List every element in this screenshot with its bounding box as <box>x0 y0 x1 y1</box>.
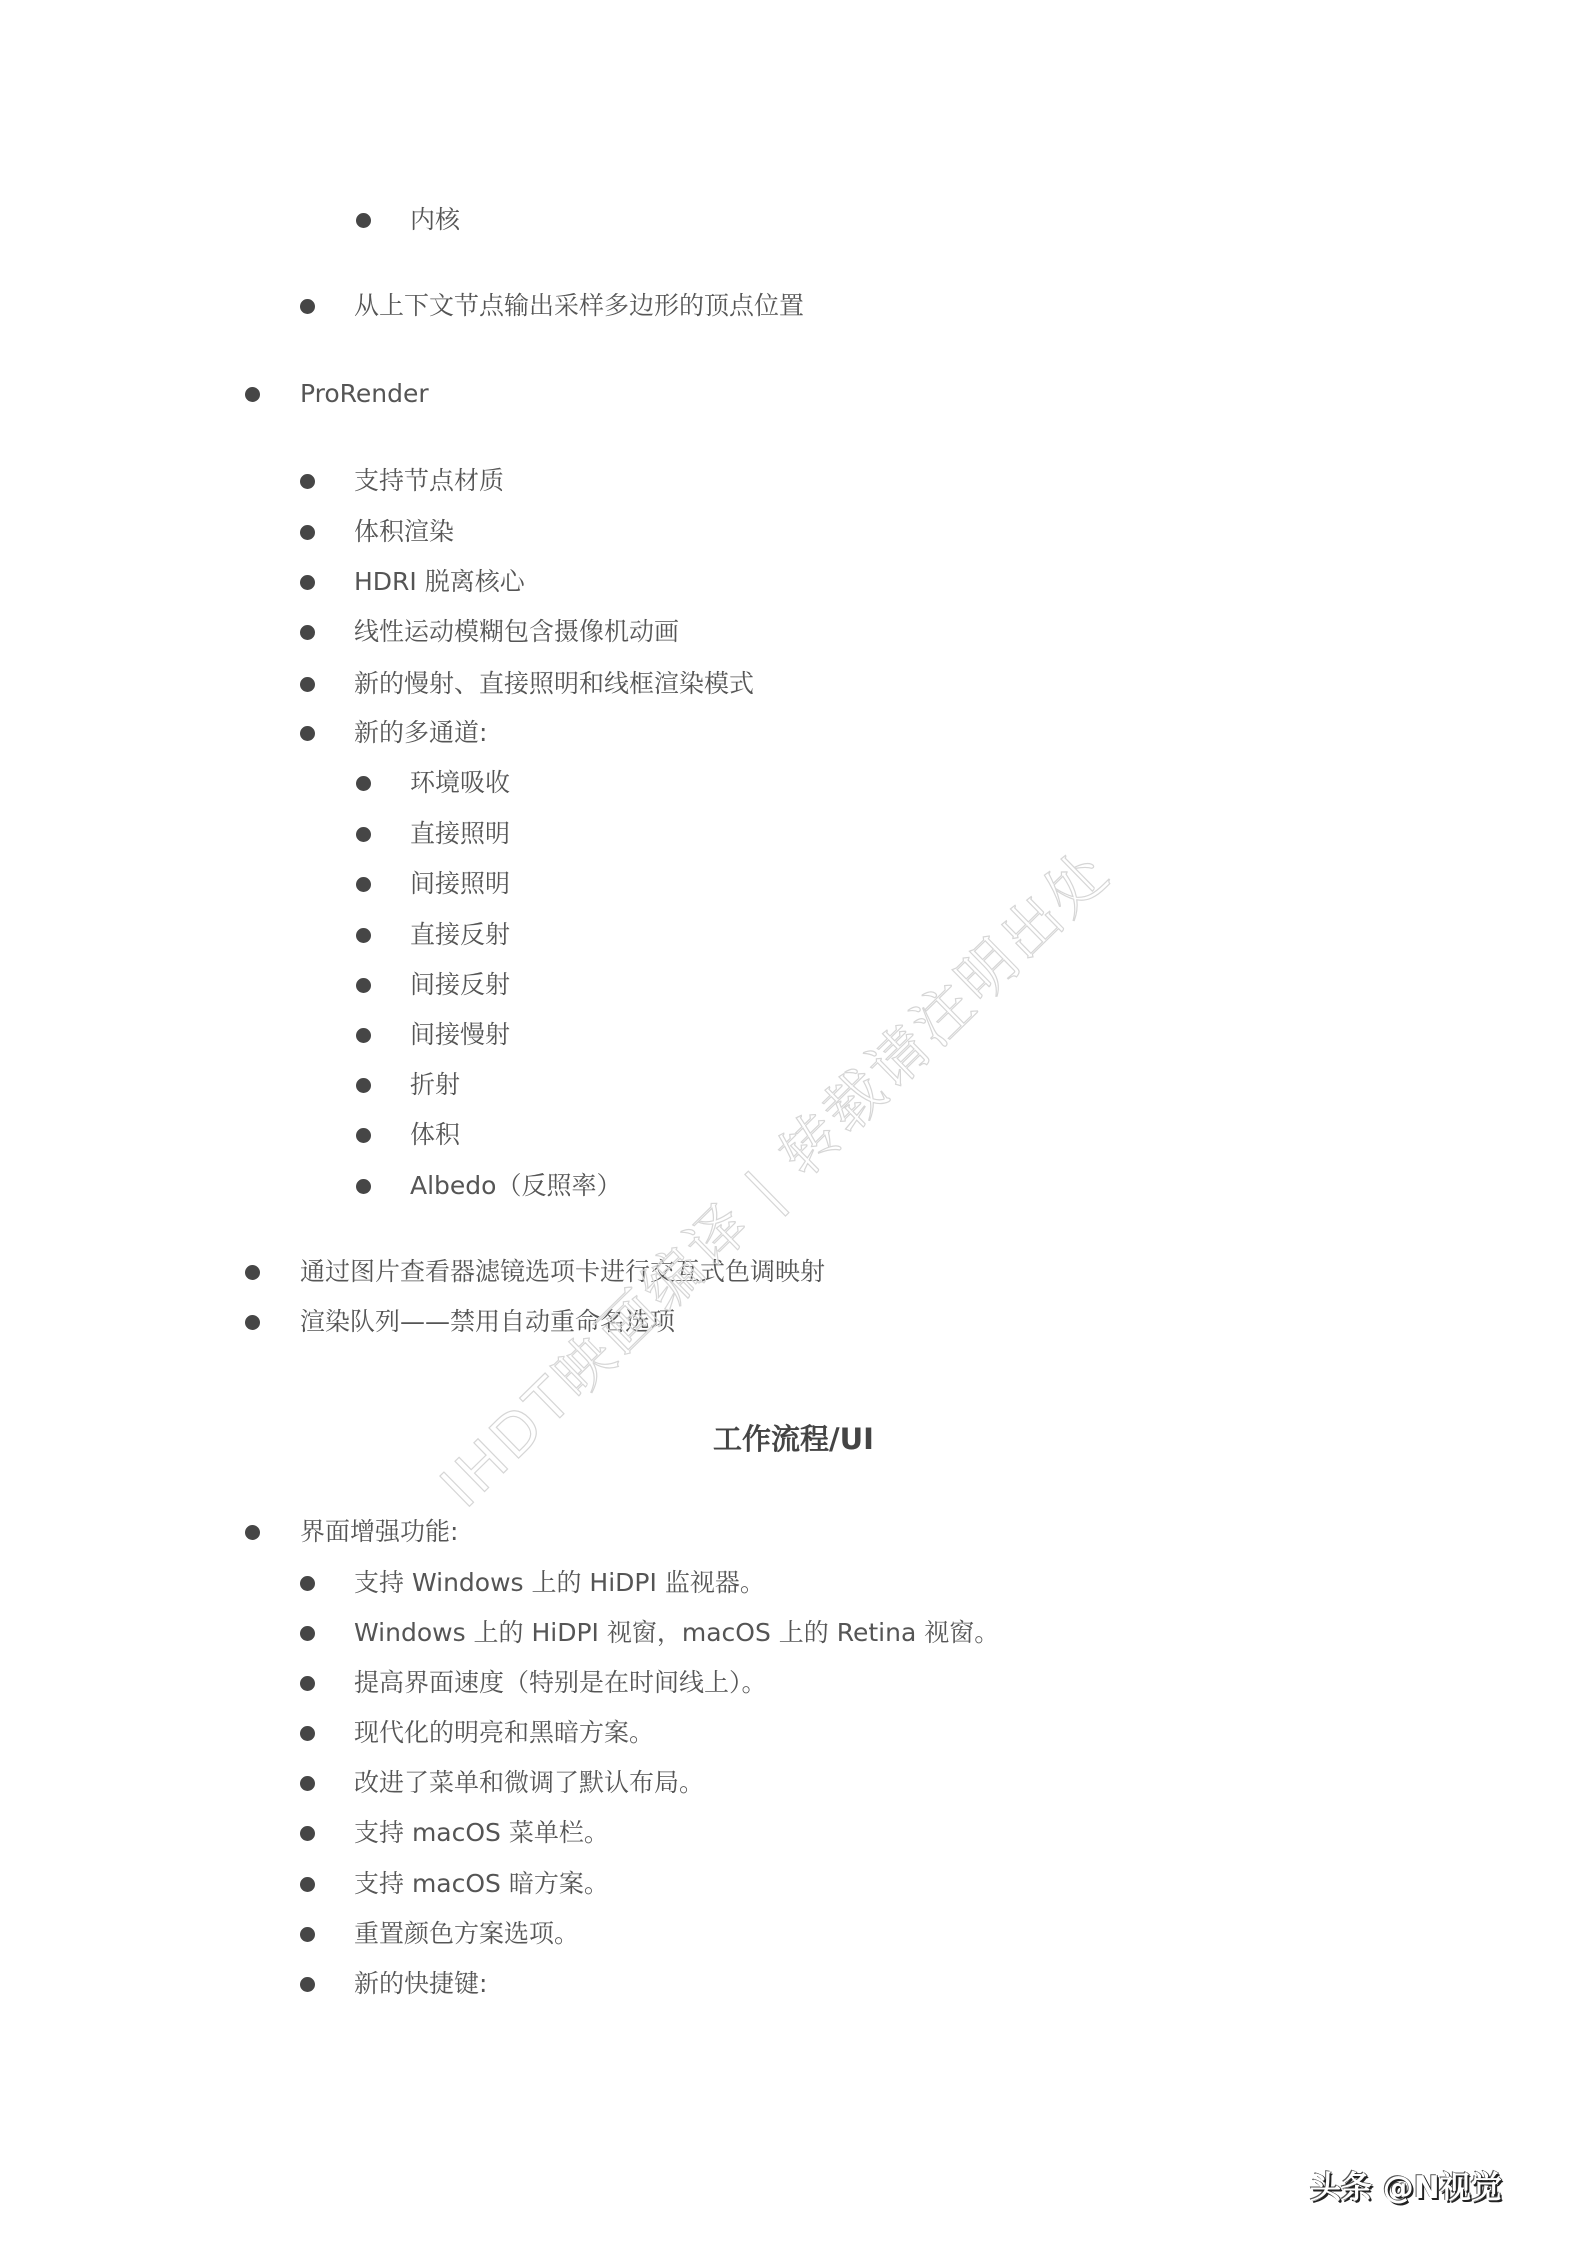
list-item: 线性运动模糊包含摄像机动画 <box>354 612 679 652</box>
bullet-icon <box>300 726 315 741</box>
list-item-text: Windows 上的 HiDPI 视窗，macOS 上的 Retina 视窗。 <box>354 1613 999 1653</box>
bullet-icon <box>300 474 315 489</box>
bullet-icon <box>356 776 371 791</box>
list-item: 支持 Windows 上的 HiDPI 监视器。 <box>354 1563 765 1603</box>
list-item: Albedo（反照率） <box>410 1166 621 1206</box>
list-item: 提高界面速度（特别是在时间线上）。 <box>354 1663 767 1703</box>
bullet-icon <box>356 213 371 228</box>
bullet-icon <box>300 525 315 540</box>
list-item-text: 改进了菜单和微调了默认布局。 <box>354 1763 704 1803</box>
list-item-text: 间接反射 <box>410 965 510 1005</box>
bullet-icon <box>356 1028 371 1043</box>
document-page: 内核 从上下文节点输出采样多边形的顶点位置 ProRender 支持节点材质 体… <box>0 0 1587 2245</box>
list-item-text: 直接照明 <box>410 814 510 854</box>
list-item: 直接反射 <box>410 915 510 955</box>
list-item: 新的慢射、直接照明和线框渲染模式 <box>354 664 754 704</box>
list-item: 渲染队列——禁用自动重命名选项 <box>300 1302 675 1342</box>
list-item-text: 通过图片查看器滤镜选项卡进行交互式色调映射 <box>300 1252 825 1292</box>
bullet-icon <box>356 978 371 993</box>
bullet-icon <box>245 387 260 402</box>
bullet-icon <box>300 1676 315 1691</box>
bullet-icon <box>300 1776 315 1791</box>
list-item-text: 间接慢射 <box>410 1015 510 1055</box>
list-item: 体积 <box>410 1115 460 1155</box>
list-item-text: 线性运动模糊包含摄像机动画 <box>354 612 679 652</box>
list-item-text: 折射 <box>410 1065 460 1105</box>
list-item-text: HDRI 脱离核心 <box>354 562 525 602</box>
list-item-text: 体积 <box>410 1115 460 1155</box>
bullet-icon <box>356 1078 371 1093</box>
list-item-text: 环境吸收 <box>410 763 510 803</box>
list-item: 折射 <box>410 1065 460 1105</box>
list-item: 支持节点材质 <box>354 461 504 501</box>
list-item: 直接照明 <box>410 814 510 854</box>
bullet-icon <box>300 575 315 590</box>
list-item-text: 支持 Windows 上的 HiDPI 监视器。 <box>354 1563 765 1603</box>
list-item-prorender: ProRender <box>300 374 429 414</box>
list-item: 支持 macOS 菜单栏。 <box>354 1813 609 1853</box>
bullet-icon <box>300 299 315 314</box>
list-item: 新的快捷键: <box>354 1964 487 2004</box>
list-item-ui-enhancements: 界面增强功能: <box>300 1512 458 1552</box>
bullet-icon <box>300 1977 315 1992</box>
list-item-text: 新的慢射、直接照明和线框渲染模式 <box>354 664 754 704</box>
list-item-text: 提高界面速度（特别是在时间线上）。 <box>354 1663 767 1703</box>
bullet-icon <box>300 1726 315 1741</box>
list-item: 支持 macOS 暗方案。 <box>354 1864 609 1904</box>
list-item-text: Albedo（反照率） <box>410 1166 621 1206</box>
list-item: 重置颜色方案选项。 <box>354 1914 579 1954</box>
list-item-text: 从上下文节点输出采样多边形的顶点位置 <box>354 286 804 326</box>
bullet-icon <box>356 928 371 943</box>
list-item-text: 新的多通道: <box>354 713 487 753</box>
list-item: Windows 上的 HiDPI 视窗，macOS 上的 Retina 视窗。 <box>354 1613 999 1653</box>
list-item-text: 支持 macOS 暗方案。 <box>354 1864 609 1904</box>
bullet-icon <box>300 1576 315 1591</box>
bullet-icon <box>245 1525 260 1540</box>
list-item-text: 内核 <box>410 200 460 240</box>
bullet-icon <box>356 877 371 892</box>
list-item: 间接慢射 <box>410 1015 510 1055</box>
bullet-icon <box>300 677 315 692</box>
bullet-icon <box>245 1265 260 1280</box>
bullet-icon <box>300 1877 315 1892</box>
list-item-text: 重置颜色方案选项。 <box>354 1914 579 1954</box>
list-item: 体积渲染 <box>354 512 454 552</box>
list-item: 内核 <box>410 200 460 240</box>
list-item: 现代化的明亮和黑暗方案。 <box>354 1713 654 1753</box>
list-item: 改进了菜单和微调了默认布局。 <box>354 1763 704 1803</box>
bullet-icon <box>356 1179 371 1194</box>
list-item-text: 支持节点材质 <box>354 461 504 501</box>
footer-watermark: 头条 @N视觉 <box>1310 2168 1502 2208</box>
list-item-text: 直接反射 <box>410 915 510 955</box>
list-item-text: 新的快捷键: <box>354 1964 487 2004</box>
bullet-icon <box>356 1128 371 1143</box>
bullet-icon <box>300 1927 315 1942</box>
list-item: 环境吸收 <box>410 763 510 803</box>
list-item-text: 支持 macOS 菜单栏。 <box>354 1813 609 1853</box>
list-item-multipass: 新的多通道: <box>354 713 487 753</box>
list-item: 通过图片查看器滤镜选项卡进行交互式色调映射 <box>300 1252 825 1292</box>
list-item: HDRI 脱离核心 <box>354 562 525 602</box>
list-item: 从上下文节点输出采样多边形的顶点位置 <box>354 286 804 326</box>
list-item: 间接照明 <box>410 864 510 904</box>
bullet-icon <box>245 1315 260 1330</box>
list-item-text: 渲染队列——禁用自动重命名选项 <box>300 1302 675 1342</box>
section-heading: 工作流程/UI <box>0 1418 1587 1460</box>
bullet-icon <box>300 1826 315 1841</box>
bullet-icon <box>300 1626 315 1641</box>
bullet-icon <box>300 625 315 640</box>
list-item-text: 间接照明 <box>410 864 510 904</box>
list-item: 间接反射 <box>410 965 510 1005</box>
list-item-text: 体积渲染 <box>354 512 454 552</box>
list-item-text: ProRender <box>300 374 429 414</box>
bullet-icon <box>356 827 371 842</box>
list-item-text: 现代化的明亮和黑暗方案。 <box>354 1713 654 1753</box>
list-item-text: 界面增强功能: <box>300 1512 458 1552</box>
